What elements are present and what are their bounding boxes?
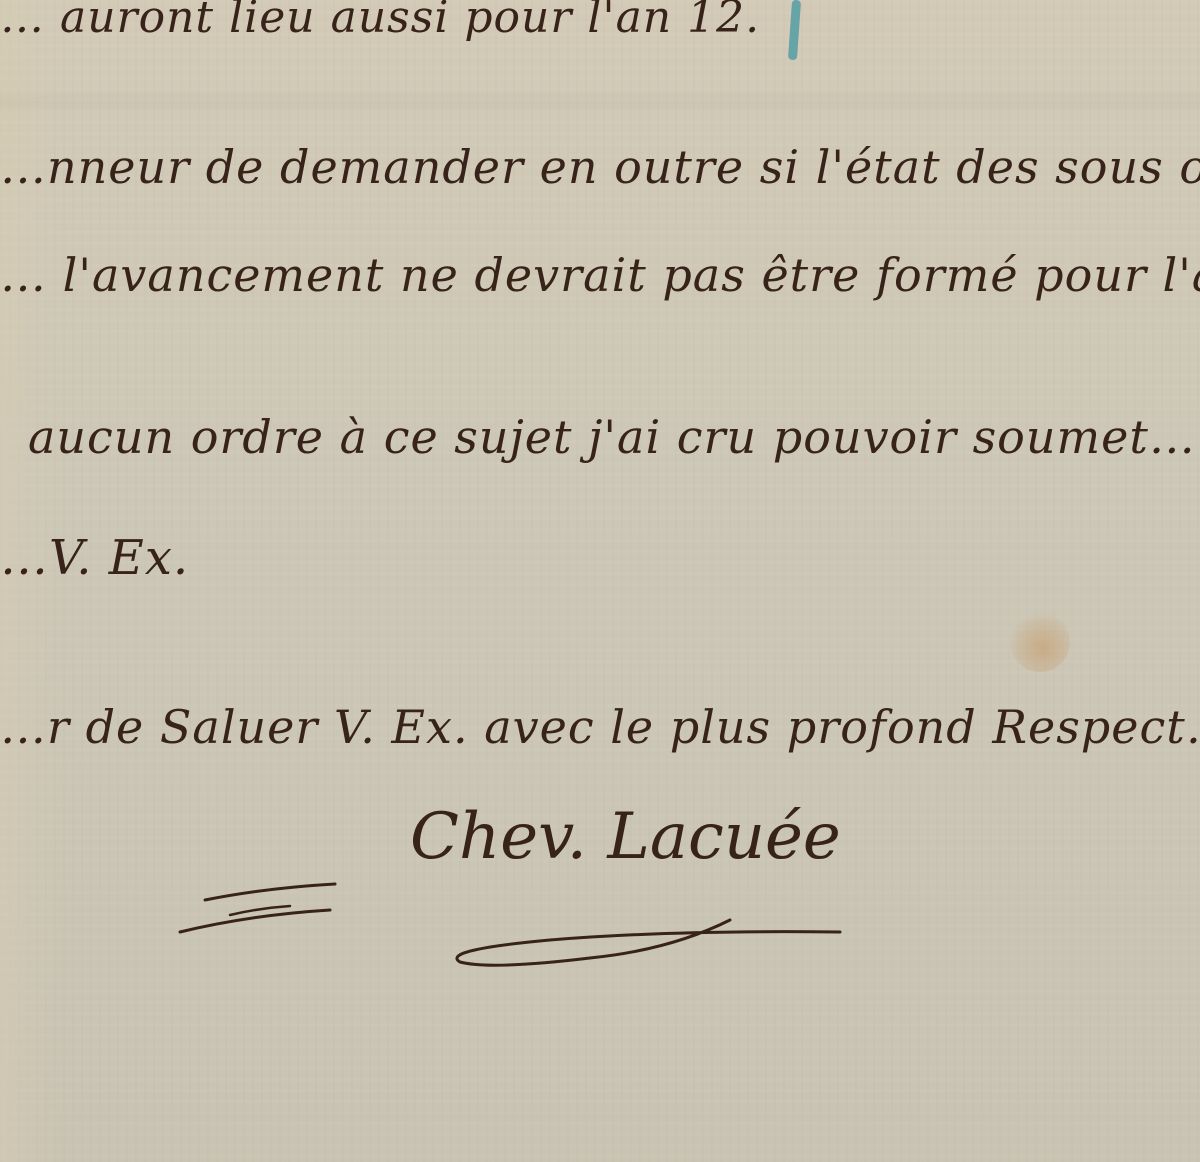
letter-line-1: … auront lieu aussi pour l'an 12. xyxy=(0,0,760,43)
letter-line-6: …r de Saluer V. Ex. avec le plus profond… xyxy=(0,700,1200,754)
letter-line-2: …nneur de demander en outre si l'état de… xyxy=(0,140,1200,194)
signature-flourish-icon xyxy=(170,860,850,980)
letter-line-4: aucun ordre à ce sujet j'ai cru pouvoir … xyxy=(28,410,1196,464)
paper-stain xyxy=(1010,612,1070,672)
letter-line-3: … l'avancement ne devrait pas être formé… xyxy=(0,248,1200,302)
paper-fold-shadow xyxy=(0,88,1200,116)
letter-line-5: …V. Ex. xyxy=(0,530,189,586)
